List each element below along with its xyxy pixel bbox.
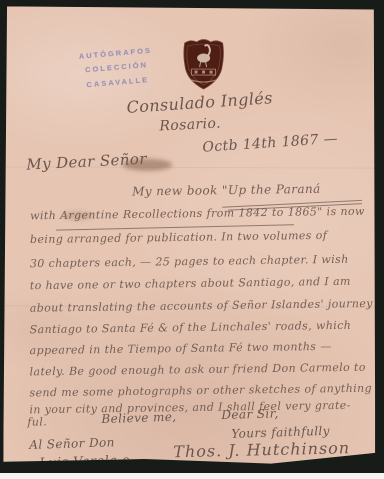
body-line: Santiago to Santa Fé & of the Linchales'… <box>30 319 352 336</box>
signature: Thos. J. Hutchinson <box>173 438 350 461</box>
letter-paper: AUTÓGRAFOS COLECCIÓN CASAVALLE Consulado… <box>3 6 377 467</box>
closing-believe-me: Believe me, <box>101 410 176 426</box>
ink-smudge <box>122 159 172 171</box>
letter-header-date: Octb 14th 1867 — <box>202 131 339 156</box>
body-line: ful. <box>27 415 47 428</box>
scanned-letter-page: AUTÓGRAFOS COLECCIÓN CASAVALLE Consulado… <box>0 0 384 479</box>
scan-edge-strip <box>0 473 384 479</box>
body-line: appeared in the Tiempo of Santa Fé two m… <box>30 340 332 357</box>
ink-smudge <box>62 212 94 220</box>
consular-seal-icon <box>181 37 227 91</box>
body-line: send me some photographs or other sketch… <box>29 382 372 400</box>
body-line: My new book "Up the Paraná <box>132 182 321 199</box>
body-line: lately. Be good enough to ask our friend… <box>29 361 365 379</box>
addressee-line-1: Al Señor Don <box>29 435 115 452</box>
body-line: to have one or two chapters about Santia… <box>30 275 351 292</box>
body-line: about translating the accounts of Señor … <box>30 296 384 314</box>
addressee-line-2: Luis Varela o. <box>39 453 135 471</box>
body-line: in your city and provinces, and I shall … <box>29 399 351 416</box>
body-line: 30 chapters each, — 25 pages to each cha… <box>30 253 349 270</box>
body-line: being arranged for publication. In two v… <box>30 229 327 246</box>
collection-stamp: AUTÓGRAFOS COLECCIÓN CASAVALLE <box>51 41 182 94</box>
letter-header-city: Rosario. <box>159 116 221 135</box>
letter-header-place: Consulado Inglés <box>126 88 273 117</box>
closing-dear-sir: Dear Sir, <box>221 406 279 422</box>
